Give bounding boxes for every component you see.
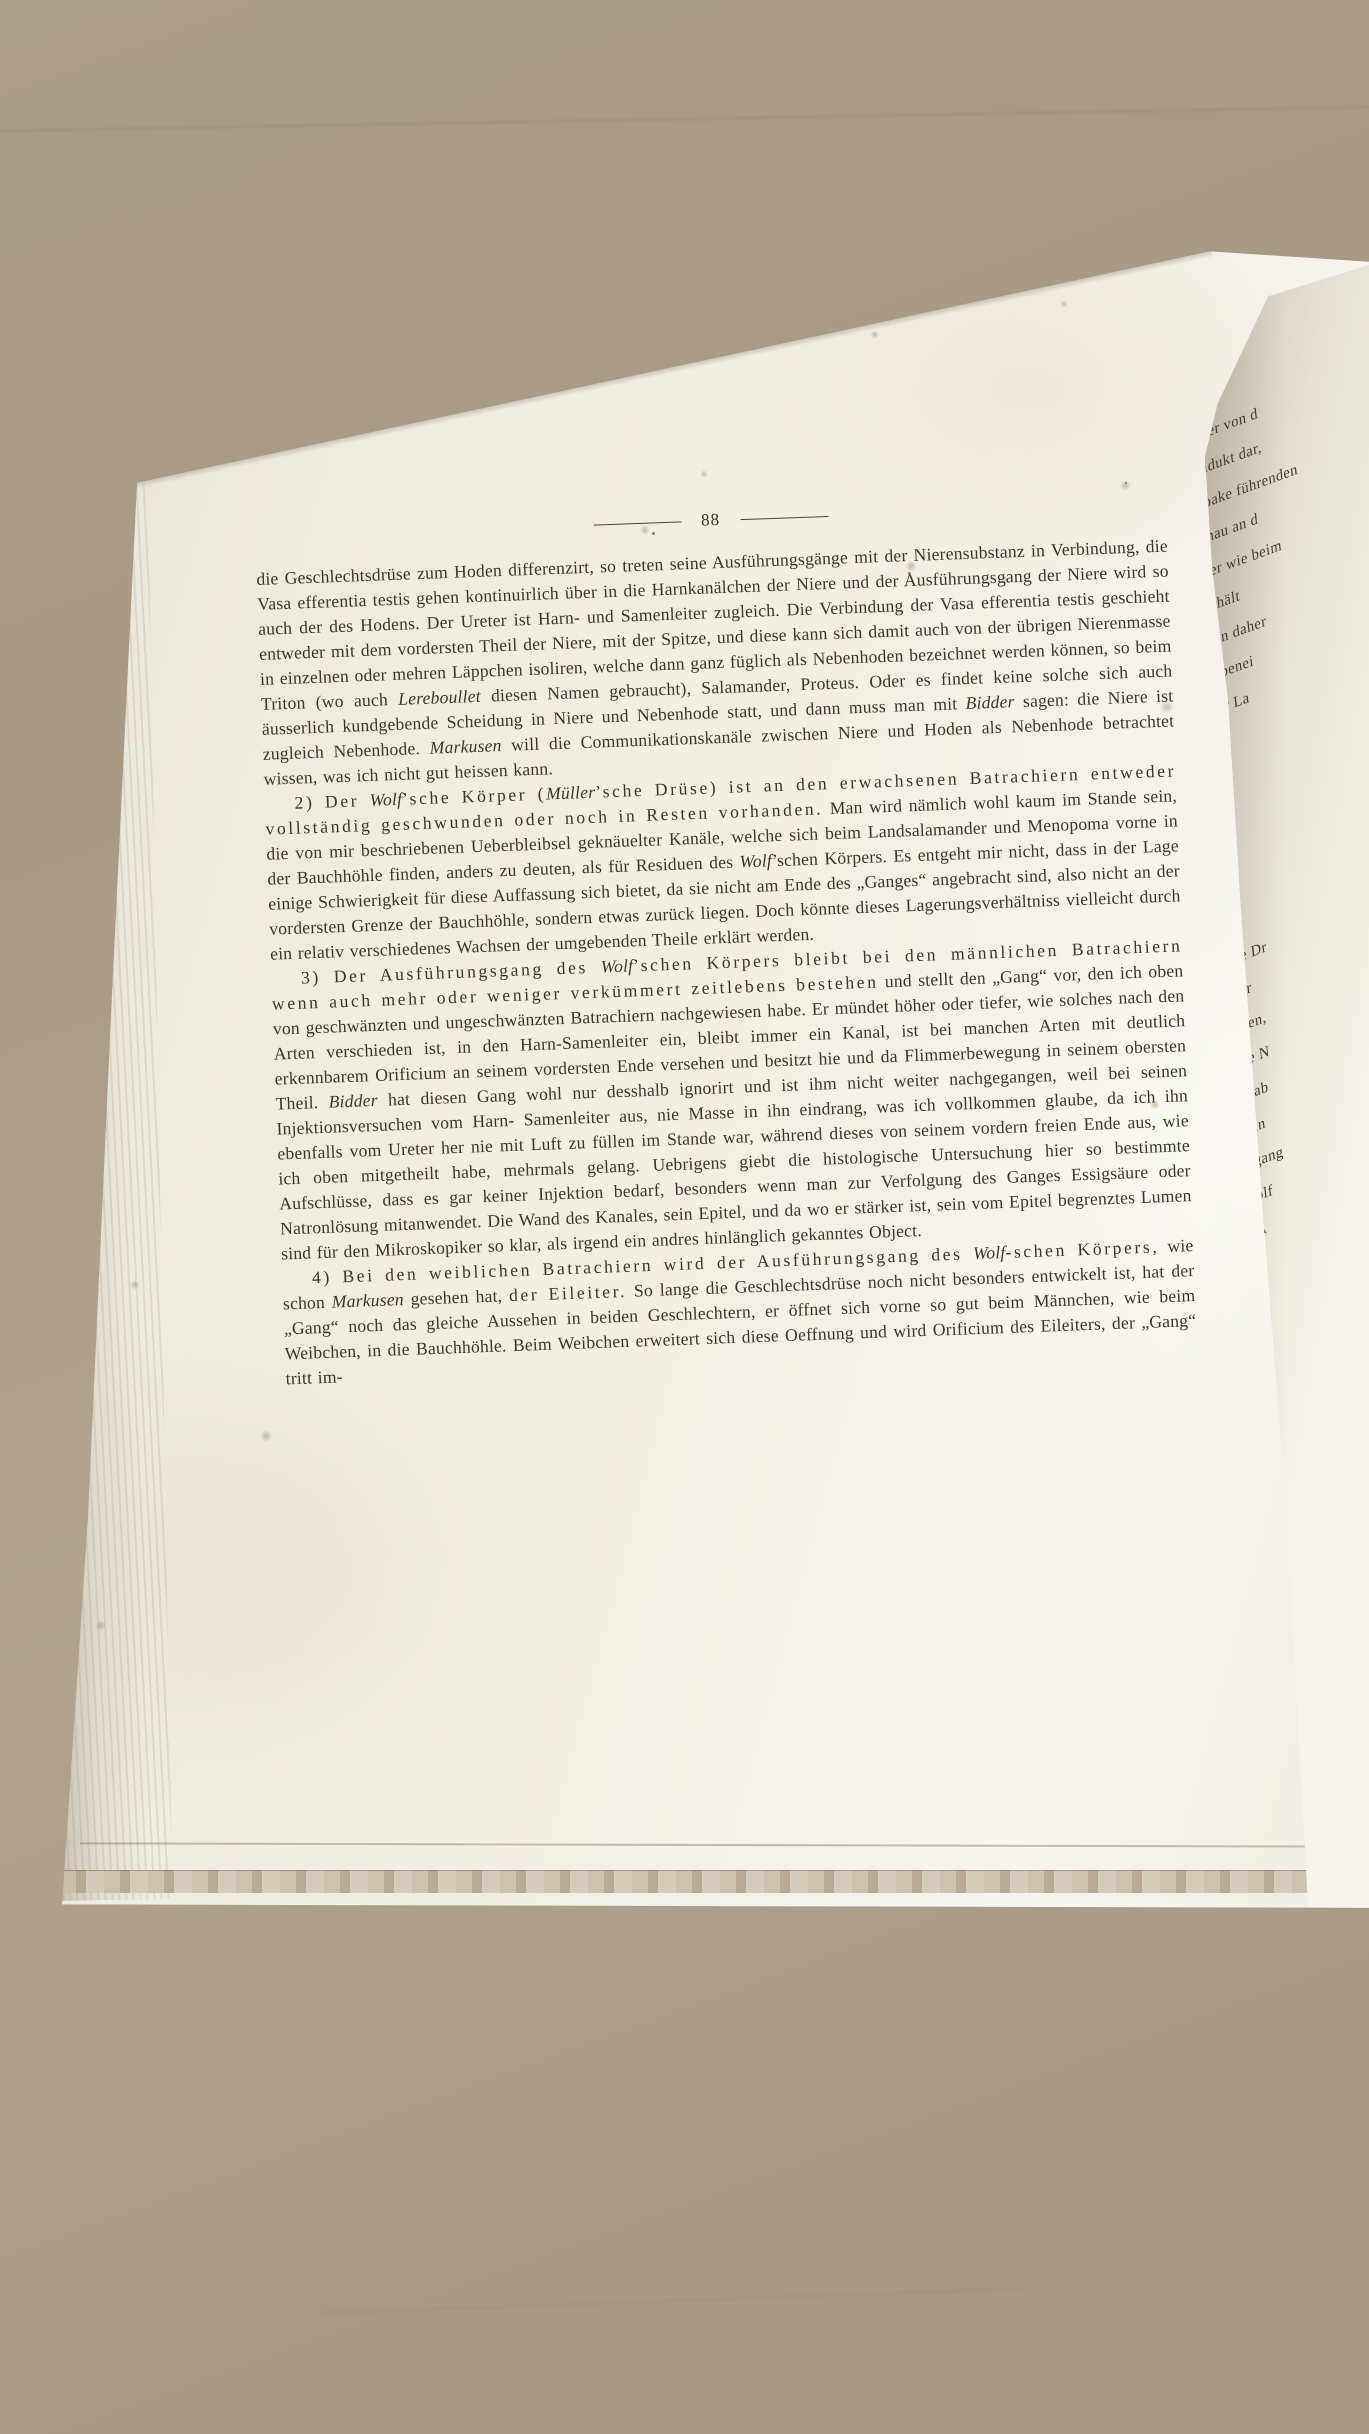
- deckle-edge-left: [38, 469, 173, 1901]
- text-segment: ’sche Körper (: [402, 783, 547, 808]
- text-segment: Wolf: [369, 789, 402, 810]
- page-text-column: 88 die Geschlechtsdrüse zum Hoden differ…: [254, 494, 1197, 1392]
- curled-page-text: ungern, dals AnhänGestaBildungbloselbsch…: [1175, 1206, 1369, 1521]
- foxing-spot: [130, 1280, 140, 1290]
- foxing-spot: [95, 1620, 106, 1631]
- text-segment: Bidder: [328, 1090, 378, 1112]
- page-number-rule-right: [740, 515, 828, 519]
- text-segment: Markusen: [429, 735, 502, 758]
- curled-page-text: weiter von dOvidukt dar,Kloake führenden…: [1180, 346, 1369, 729]
- desk-seam-line: [320, 2288, 1020, 2314]
- text-segment: 2) Der: [294, 790, 370, 813]
- curled-page-text: IchKenntzu kmeingehenachsch: [1205, 1466, 1369, 1781]
- text-segment: Markusen: [331, 1289, 404, 1312]
- text-paragraph: 3) Der Ausführungsgang des Wolf’schen Kö…: [271, 933, 1193, 1266]
- paragraphs: die Geschlechtsdrüse zum Hoden differenz…: [256, 534, 1198, 1392]
- foxing-spot: [1060, 300, 1068, 308]
- text-segment: hat diesen Gang wohl nur desshalb ignori…: [276, 1060, 1192, 1263]
- page-top-edge: [135, 248, 1212, 488]
- curled-page-text: In dedenen diMüllersche DrNiere). Derdie…: [1170, 816, 1369, 1267]
- photo-of-open-book: { "page": { "number": "88", "paragraphs"…: [0, 0, 1369, 2434]
- text-paragraph: die Geschlechtsdrüse zum Hoden differenz…: [256, 534, 1176, 792]
- book-page: 88 die Geschlechtsdrüse zum Hoden differ…: [40, 180, 1369, 1920]
- text-paragraph: 2) Der Wolf’sche Körper (Müller’sche Drü…: [264, 758, 1182, 966]
- text-segment: Wolf: [600, 955, 633, 976]
- text-segment: -schen Körpers,: [1005, 1236, 1160, 1262]
- text-segment: Bidder: [965, 691, 1015, 713]
- page-number-rule-left: [593, 521, 681, 525]
- ink-speck: [1125, 482, 1127, 484]
- underpage-edge-line: [80, 1842, 1360, 1847]
- foxing-spot: [700, 470, 708, 478]
- page-stack-bottom-edge: [60, 1870, 1369, 1893]
- curled-page: weiter von dOvidukt dar,Kloake führenden…: [1195, 255, 1369, 1908]
- text-segment: Wolf: [973, 1242, 1006, 1263]
- text-segment: gesehen hat,: [403, 1285, 509, 1309]
- foxing-spot: [870, 330, 879, 339]
- text-segment: Lereboullet: [398, 686, 481, 709]
- text-segment: der Eileiter.: [509, 1281, 628, 1305]
- foxing-spot: [260, 1430, 272, 1442]
- page-number: 88: [701, 510, 721, 531]
- text-segment: Wolf: [739, 850, 772, 871]
- text-segment: Müller: [546, 782, 596, 804]
- desk-seam-line: [0, 106, 1369, 132]
